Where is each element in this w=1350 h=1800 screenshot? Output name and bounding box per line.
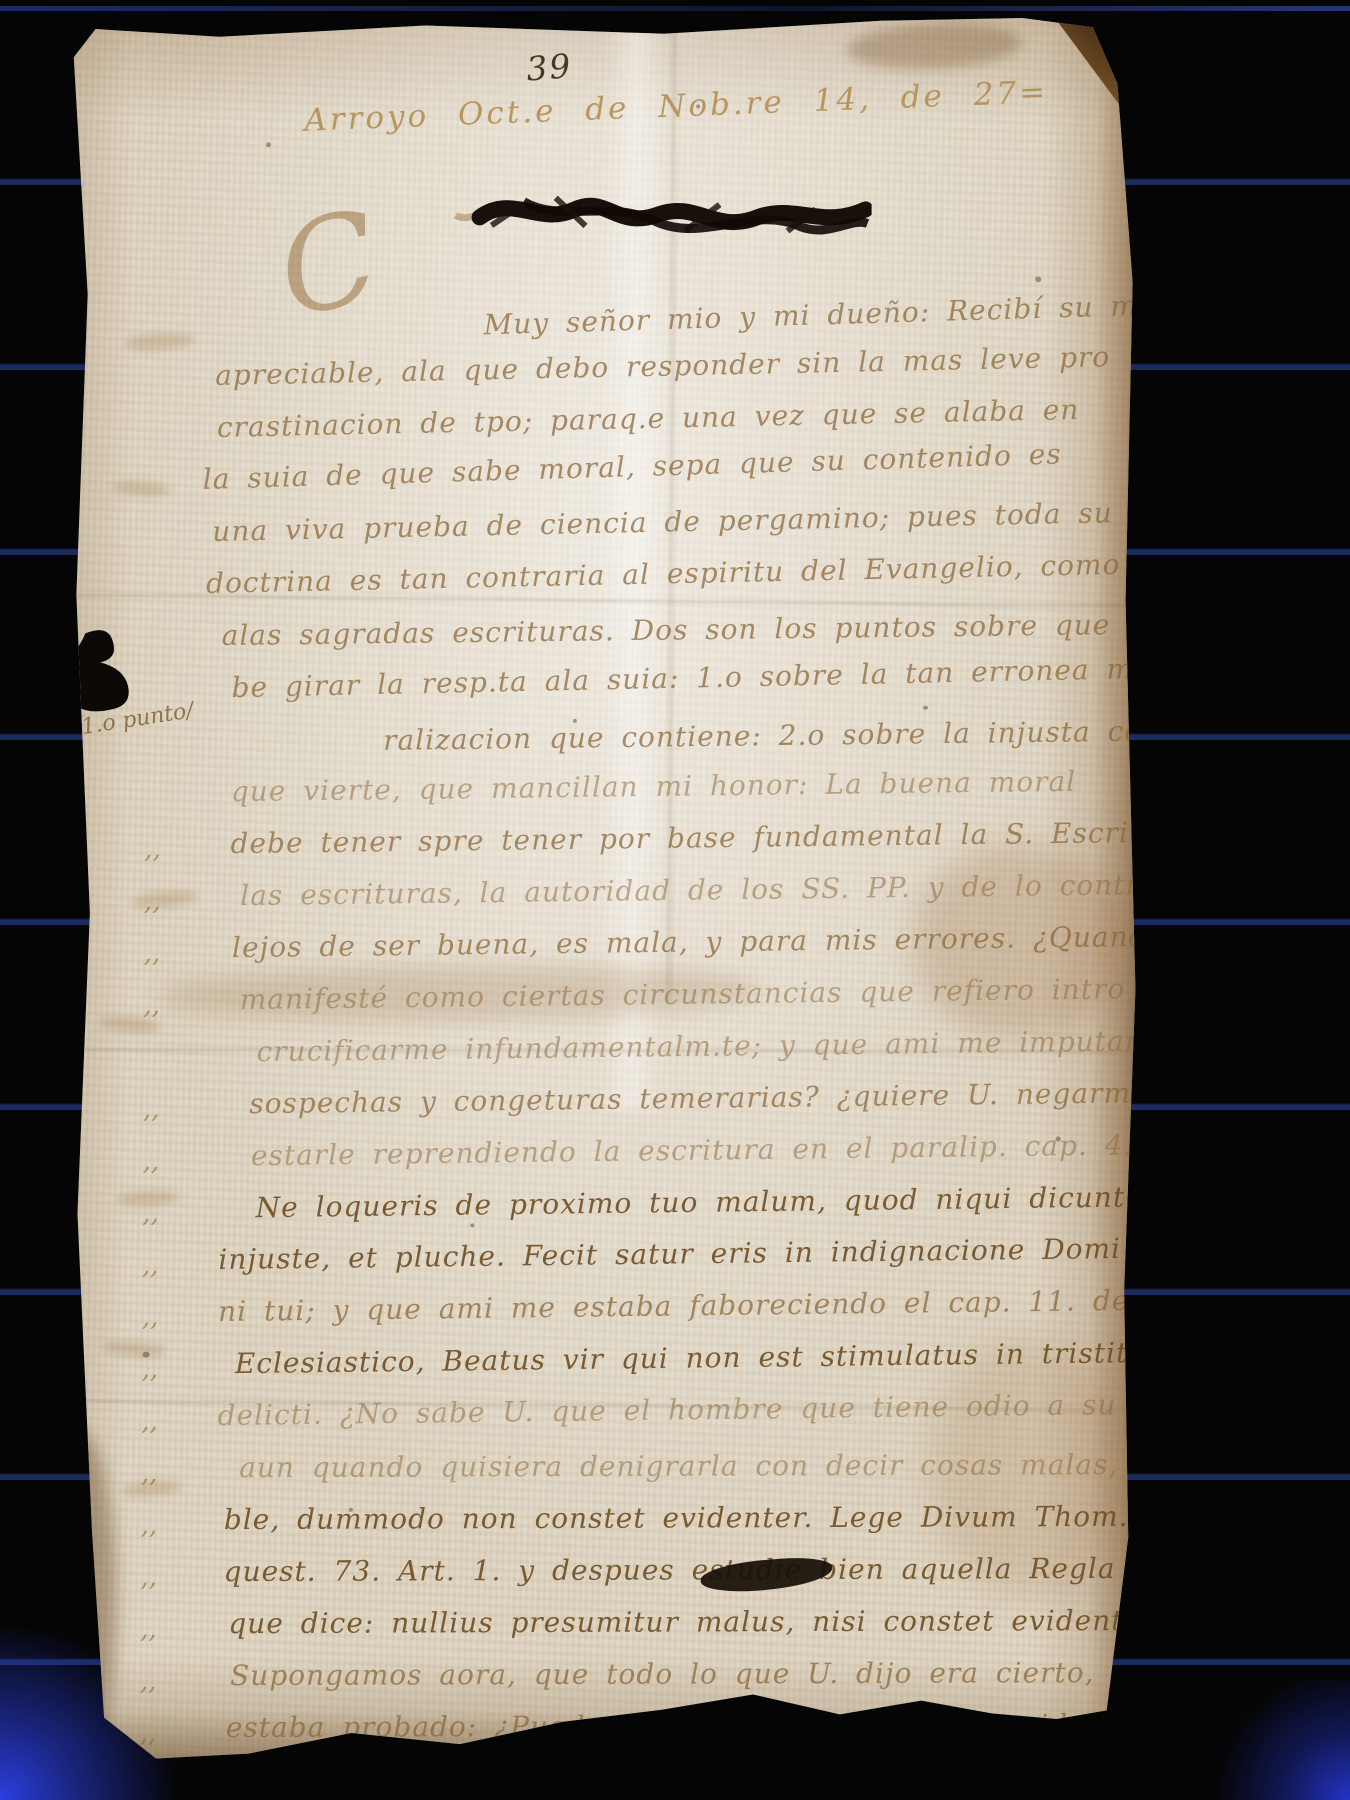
margin-quote-mark: ,,	[140, 1615, 157, 1645]
manuscript-line: que vierte, que mancillan mi honor: La b…	[231, 765, 1077, 808]
margin-quote-mark: ,,	[140, 1667, 157, 1697]
margin-quote-mark: ,,	[141, 1511, 158, 1541]
margin-quote-mark: ,,	[142, 1303, 159, 1333]
margin-quote-mark: ,,	[141, 1407, 158, 1437]
margin-quote-mark: ,,	[144, 835, 161, 865]
margin-quote-mark: ,,	[141, 1459, 158, 1489]
manuscript-line: sospechas y congeturas temerarias? ¿quie…	[249, 1076, 1203, 1121]
manuscript-line: ni tui; y que ami me estaba faboreciendo…	[218, 1284, 1140, 1328]
margin-quote-mark: ,,	[143, 1147, 160, 1177]
manuscript-page: 39 Arroyo Oct.e de Nob.re 14, de 27= C 1…	[47, 11, 1141, 1785]
bleed-mark	[112, 480, 171, 497]
margin-quote-mark: ,,	[140, 1563, 157, 1593]
dateline: Arroyo Oct.e de Nob.re 14, de 27=	[304, 74, 1049, 139]
manuscript-line: aun quando quisiera denigrarla con decir…	[239, 1448, 1258, 1485]
stain	[846, 20, 1023, 73]
ink-strikethrough-scribble	[453, 165, 871, 253]
manuscript-line: estarle reprendiendo la escritura en el …	[251, 1128, 1134, 1172]
speck	[266, 142, 271, 147]
speck	[1035, 276, 1041, 282]
manuscript-line: que dice: nullius presumitur malus, nisi…	[228, 1604, 1162, 1640]
background-top-streak	[0, 6, 1350, 11]
margin-quote-mark: ,,	[142, 1251, 159, 1281]
bleed-mark	[131, 889, 198, 910]
margin-quote-mark: ,,	[143, 991, 160, 1021]
photograph-of-manuscript: 39 Arroyo Oct.e de Nob.re 14, de 27= C 1…	[0, 0, 1350, 1800]
manuscript-line: Muy señor mio y mi dueño: Recibí su muy	[483, 288, 1174, 341]
manuscript-line: injuste, et pluche. Fecit satur eris in …	[218, 1232, 1121, 1276]
speck	[470, 1223, 474, 1227]
margin-quote-mark: ,,	[144, 939, 161, 969]
page-number: 39	[525, 46, 574, 89]
initial-flourish: C	[266, 182, 390, 345]
margin-quote-mark: ,,	[144, 887, 161, 917]
manuscript-line: Ne loqueris de proximo tuo malum, quod n…	[255, 1181, 1125, 1225]
manuscript-line: alas sagradas escrituras. Dos son los pu…	[221, 608, 1164, 653]
speck	[923, 706, 928, 710]
manuscript-line: be girar la resp.ta ala suia: 1.o sobre …	[231, 652, 1152, 704]
blue-corner-glow-bottom-right	[1200, 1680, 1350, 1800]
manuscript-line: crucificarme infundamentalm.te; y que am…	[256, 1024, 1212, 1069]
margin-quote-mark: ,,	[141, 1355, 158, 1385]
bleed-mark	[124, 331, 195, 351]
manuscript-line: ble, dummodo non constet evidenter. Lege…	[224, 1500, 1193, 1536]
margin-quote-mark: ,,	[142, 1199, 159, 1229]
margin-quote-mark: ,,	[143, 1095, 160, 1125]
margin-quote-mark: ,,	[140, 1719, 157, 1749]
